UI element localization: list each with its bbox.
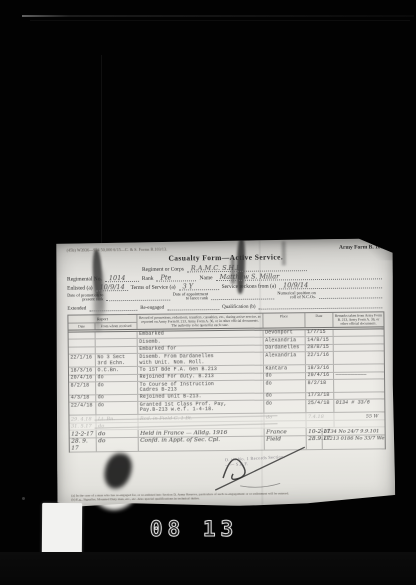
cell-record: Disemb. From Dardanelles with Unit. Nom.… (137, 353, 263, 366)
cell-place: do (263, 413, 305, 420)
enlisted-value: 10/9/14 (100, 283, 125, 291)
footnotes: (a) In the case of a man who has re-enga… (71, 490, 385, 501)
cell-remarks (333, 364, 384, 371)
cell-record: Held in France — Alldg. 1916 (138, 429, 264, 437)
cell-date: 1/7/15 (305, 330, 333, 337)
casualty-table: Report Date From whom received Record of… (67, 311, 385, 453)
cell-remarks (334, 420, 385, 427)
form-number: Army Form B. 103. (339, 244, 385, 250)
frame-counter: 08 13 (0, 517, 402, 541)
cell-from-whom: Lt. Bn. (95, 415, 137, 422)
enlisted-field: 10/9/14 (96, 283, 128, 291)
cell-date-received: 28. 9. 17 (70, 438, 96, 452)
header-date-received: Date (68, 323, 94, 329)
film-bottom-band (0, 552, 416, 585)
cell-record: Rejoined For duty. B.213 (137, 373, 263, 381)
enlisted-label: Enlisted (a) (67, 285, 93, 291)
cell-from-whom: do (96, 422, 138, 429)
appointment-field (211, 292, 274, 300)
cell-date-received: 29. 4.18 (69, 415, 95, 422)
cell-date: 14/8/15 (305, 337, 333, 344)
regiment-label: Regiment or Corps (142, 266, 184, 272)
cell-date-received: 31. 5.17 (70, 423, 96, 430)
cell-date-received: 22/4/18 (69, 403, 95, 415)
cell-place: France (264, 428, 306, 435)
cell-date: 17/3/18 (305, 393, 333, 400)
reckons-value: 10/9/14 (283, 281, 308, 289)
numerical-label: Numerical position on roll of N.C.Os. (277, 291, 316, 301)
cell-date-received (69, 332, 95, 339)
cell-remarks (333, 392, 384, 399)
cell-from-whom: do (96, 430, 138, 437)
cell-record: Embarked (137, 331, 263, 339)
cell-date-received: 18/3/16 (69, 368, 95, 375)
extended-field (89, 303, 137, 312)
cell-place: Dardanelles (263, 345, 305, 352)
regimental-no-field: 1014 (105, 274, 139, 282)
cell-date: 8/2/18 (305, 380, 333, 392)
regimental-no-value: 1014 (109, 274, 126, 282)
cell-place: do (263, 380, 305, 392)
terms-value: 3 Y (183, 282, 194, 290)
qualification-label: Qualification (b) (222, 304, 256, 309)
cell-date: 25/4/18 (305, 400, 333, 412)
cell-remarks (333, 344, 384, 351)
cell-date-received: 8/2/18 (69, 383, 95, 395)
reckons-field: 10/9/14 (279, 280, 382, 289)
cell-record: To Course of Instruction Cadres B-213 (137, 381, 263, 394)
film-frame-line (22, 15, 414, 17)
appointment-label: Date of appointment to lance rank (173, 292, 208, 302)
cell-date-received: 20/4/16 (69, 375, 95, 382)
header-remarks: Remarks taken from Army Form B. 213, Arm… (332, 312, 383, 327)
cell-from-whom: No 3 Sect 3rd Echn. (95, 354, 137, 366)
terms-label: Terms of Service (a) (131, 285, 176, 291)
cell-place (264, 421, 306, 428)
cell-from-whom: do (95, 382, 137, 394)
cell-date-received (69, 347, 95, 354)
cell-date-received (69, 340, 95, 347)
film-scratch-line (101, 55, 102, 245)
cell-date: 28/8/15 (305, 345, 333, 352)
cell-remarks (333, 337, 384, 344)
promotion-field (106, 293, 169, 301)
cell-remarks (333, 352, 384, 364)
regimental-no-label: Regimental No. (67, 276, 102, 282)
rank-label: Rank (142, 276, 154, 282)
rank-field: Pte (156, 273, 196, 281)
cell-remarks: —————————— (333, 372, 384, 379)
document-content: (45b) W3936—934 50,000 6/15—C. & S. Form… (55, 238, 396, 508)
cell-place: Devonport (263, 330, 305, 337)
header-record: Record of promotions, reductions, transf… (136, 313, 262, 329)
film-frame-line-faint (30, 20, 410, 21)
cell-place: do (263, 393, 305, 400)
regiment-value: R.A.M.C. S.H.B. (191, 264, 243, 273)
microfilm-viewer: (45b) W3936—934 50,000 6/15—C. & S. Form… (0, 0, 416, 585)
cell-from-whom: O.C.Bn. (95, 367, 137, 374)
cell-remarks: 0134 No 24/7 9.9.101 (322, 427, 373, 434)
regiment-field: R.A.M.C. S.H.B. (187, 263, 307, 272)
cell-place: Kantara (263, 365, 305, 372)
cell-record: Granted 1st Class Prof. Pay, Pay.B-213 w… (137, 401, 263, 414)
cell-place: Alexandria (263, 338, 305, 345)
reengaged-label: Re-engaged (140, 305, 164, 310)
cell-place: do (263, 373, 305, 380)
numerical-field (319, 291, 382, 299)
document: (45b) W3936—934 50,000 6/15—C. & S. Form… (55, 238, 396, 508)
cell-date-received: 4/3/18 (69, 395, 95, 402)
cell-from-whom: do (96, 438, 138, 452)
name-value: Matthew S. Millar (220, 272, 280, 281)
cell-date-received: 12-2-17 (70, 430, 96, 437)
cell-from-whom (95, 332, 137, 339)
cell-from-whom: do (95, 402, 137, 414)
cell-remarks: 0134 # 33/6 (333, 400, 384, 412)
cell-record (138, 421, 264, 429)
qualification-field (259, 300, 383, 309)
header-place: Place (262, 313, 304, 328)
cell-from-whom: do (95, 375, 137, 382)
reengaged-field (167, 302, 219, 311)
cell-date (306, 420, 334, 427)
promotion-label: Date of promotion to present rank (67, 293, 103, 303)
cell-record: Rcd. in Field C. 1 Bt. (137, 414, 263, 422)
reckons-label: Service reckons from (a) (222, 283, 277, 290)
cell-from-whom: do (95, 395, 137, 402)
cell-record: Disemb. (137, 338, 263, 346)
cell-date-received: 22/1/16 (69, 355, 95, 367)
cell-remarks (333, 329, 384, 336)
cell-date: 7.4.18 (305, 413, 333, 420)
header-date: Date (304, 313, 332, 328)
margin-note: 55 W (366, 414, 379, 419)
cell-date: 20/4/16 (305, 373, 333, 380)
header-from-whom: From whom received (94, 323, 136, 330)
film-speck (22, 497, 25, 500)
cell-place: Alexandria (263, 353, 305, 365)
cell-date: 22/1/16 (305, 352, 333, 364)
terms-field: 3 Y (179, 282, 219, 290)
rank-value: Pte (160, 274, 171, 282)
name-label: Name (199, 275, 212, 281)
cell-record: Embarked for (137, 346, 263, 354)
cell-remarks (333, 379, 384, 391)
cell-record: Rejoined Unit B-213. (137, 393, 263, 401)
printer-imprint: (45b) W3936—934 50,000 6/15—C. & S. Form… (67, 247, 168, 253)
cell-from-whom (95, 339, 137, 346)
cell-record: To 1ST Bde F.A. Gen B.213 (137, 366, 263, 374)
cell-date: 18/3/16 (305, 365, 333, 372)
cell-from-whom (95, 347, 137, 354)
extended-label: Extended (67, 306, 86, 311)
cell-place: do (263, 401, 305, 413)
